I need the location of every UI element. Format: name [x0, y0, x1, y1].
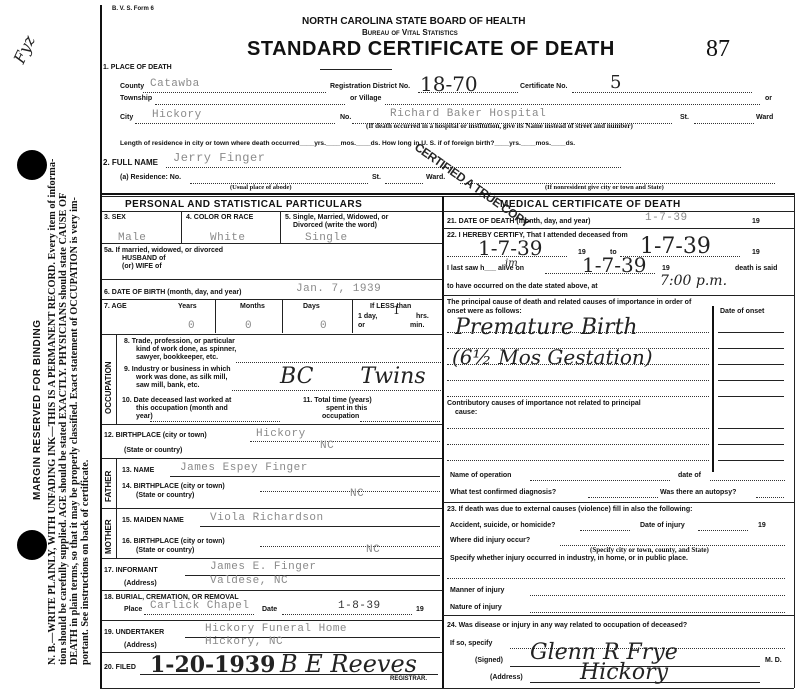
father-state-label: (State or country) [136, 492, 194, 499]
trade-label-3: sawyer, bookkeeper, etc. [136, 354, 218, 361]
burial-place-value: Carlick Chapel [150, 600, 249, 612]
district-value: 18-70 [420, 72, 478, 96]
rule [102, 620, 442, 621]
margin-initials: Fyz [10, 33, 39, 67]
injury-date-line [698, 530, 748, 531]
certified-stamp: CERTIFIED A TRUE COPY [412, 140, 532, 230]
burial-date-label: Date [262, 606, 277, 613]
onset-column-divider [712, 306, 714, 472]
certificate-line [572, 92, 752, 93]
hospital-value: Richard Baker Hospital [390, 108, 546, 120]
contributory-label-1: Contributory causes of importance not re… [447, 400, 641, 407]
injury-specify-line [447, 578, 785, 579]
manner-label: Manner of injury [450, 587, 504, 594]
rule [215, 299, 216, 333]
mother-state: NC [366, 544, 380, 556]
trade-label-1: 8. Trade, profession, or particular [124, 338, 235, 345]
birthplace-city: Hickory [256, 428, 306, 440]
onset-line-4 [718, 380, 784, 381]
contrib-line-1 [447, 428, 709, 429]
form-bottom-border [100, 688, 794, 689]
injury-where-label: Where did injury occur? [450, 537, 530, 544]
attended-to: 1-7-39 [640, 234, 711, 259]
onset-line-7 [718, 444, 784, 445]
race-label: 4. COLOR OR RACE [186, 214, 253, 221]
form-id: B. V. S. Form 6 [112, 6, 154, 12]
less-label: If LESS than [370, 303, 411, 310]
township-label: Township [120, 95, 152, 102]
margin-note-2: tion should be carefully supplied. AGE s… [58, 193, 69, 665]
totaltime-line [360, 421, 440, 422]
days-label: Days [303, 303, 320, 310]
residence-length-label: Length of residence in city or town wher… [120, 140, 575, 147]
occupation-side-label: OCCUPATION [104, 361, 113, 414]
burial-date-value: 1-8-39 [338, 600, 381, 612]
mother-side-label: MOTHER [104, 519, 113, 554]
test-label: What test confirmed diagnosis? [450, 489, 556, 496]
totaltime-label-3: occupation [322, 413, 359, 420]
or-label: or [765, 95, 772, 102]
county-label: County [120, 83, 144, 90]
dod-label: 21. DATE OF DEATH (month, day, and year) [447, 218, 591, 225]
form-right-border [794, 193, 795, 688]
informant-address-label: (Address) [124, 580, 157, 587]
abode-note: (Usual place of abode) [230, 184, 292, 191]
industry-label-2: work was done, as silk mill, [136, 374, 227, 381]
father-name-line [170, 476, 440, 477]
lastsaw-value: 1-7-39 [582, 253, 646, 277]
village-line [385, 104, 760, 105]
onset-line-2 [718, 348, 784, 349]
contributory-label-2: cause: [455, 409, 477, 416]
mother-state-label: (State or country) [136, 547, 194, 554]
undertaker-label: 19. UNDERTAKER [104, 629, 164, 636]
mother-name-value: Viola Richardson [210, 512, 324, 524]
marital-label-1: 5. Single, Married, Widowed, or [285, 214, 388, 221]
certificate-value: 5 [610, 72, 621, 93]
rule [443, 228, 794, 229]
cause-line-5 [447, 396, 709, 397]
rule [102, 424, 442, 425]
months-label: Months [240, 303, 265, 310]
totaltime-label-2: spent in this [326, 405, 367, 412]
rule [280, 211, 281, 243]
marital-label-2: Divorced (write the word) [293, 222, 377, 229]
test-line [588, 497, 658, 498]
onset-line-3 [718, 364, 784, 365]
occupational-label: 24. Was disease or injury in any way rel… [447, 622, 687, 629]
cause-line-3 [447, 364, 709, 365]
years-label: Years [178, 303, 197, 310]
rule [443, 211, 794, 212]
birthplace-line [250, 441, 440, 442]
contrib-line-2 [447, 444, 709, 445]
rule [443, 295, 794, 296]
full-name-value: Jerry Finger [173, 151, 265, 165]
dob-label: 6. DATE OF BIRTH (month, day, and year) [104, 289, 241, 296]
trade-label-2: kind of work done, as spinner, [136, 346, 236, 353]
autopsy-label: Was there an autopsy? [660, 489, 736, 496]
lastworked-label-2: this occupation (month and [136, 405, 228, 412]
full-name-label: 2. FULL NAME [103, 158, 158, 167]
binding-hole-bottom [17, 530, 47, 560]
date-onset-label: Date of onset [720, 308, 764, 315]
birthplace-label: 12. BIRTHPLACE (city or town) [104, 432, 207, 439]
rule [116, 458, 117, 508]
nature-label: Nature of injury [450, 604, 502, 611]
binding-hole-top [17, 150, 47, 180]
st-line [694, 123, 754, 124]
burial-place-line [144, 614, 254, 615]
residence-label: (a) Residence: No. [120, 174, 181, 181]
rule [102, 590, 442, 591]
months-value: 0 [245, 320, 252, 332]
father-name-label: 13. NAME [122, 467, 154, 474]
signed-label: (Signed) [475, 657, 503, 664]
agency-title: NORTH CAROLINA STATE BOARD OF HEALTH [302, 16, 526, 27]
lastworked-label-3: year) [136, 413, 153, 420]
section-divider-top [102, 193, 794, 195]
operation-date-label: date of [678, 472, 701, 479]
injury-year: 19 [758, 522, 766, 529]
industry-label-1: 9. Industry or business in which [124, 366, 231, 373]
years-value: 0 [188, 320, 195, 332]
contrib-line-3 [447, 460, 709, 461]
day-label: 1 day, [358, 313, 377, 320]
father-birthplace-label: 14. BIRTHPLACE (city or town) [122, 483, 225, 490]
certificate-label: Certificate No. [520, 83, 567, 90]
rule [181, 211, 182, 243]
undertaker-value: Hickory Funeral Home [205, 623, 347, 635]
nonresident-note: (If nonresident give city or town and St… [545, 184, 664, 191]
birthplace-state-label: (State or country) [124, 447, 182, 454]
attended-to-year: 19 [752, 249, 760, 256]
informant-label: 17. INFORMANT [104, 567, 158, 574]
lastworked-line [150, 421, 280, 422]
cause-line-4 [447, 380, 709, 381]
age-label: 7. AGE [104, 303, 127, 310]
margin-note-1: N. B.—WRITE PLAINLY, WITH UNFADING INK—T… [47, 159, 58, 665]
ward-label: Ward [756, 114, 773, 121]
ifso-label: If so, specify [450, 640, 492, 647]
burial-year-suffix: 19 [416, 606, 424, 613]
rule [102, 458, 442, 459]
dod-value: 1-7-39 [645, 212, 688, 224]
onset-line-1 [718, 332, 784, 333]
md-label: M. D. [765, 657, 782, 664]
onset-line-8 [718, 460, 784, 461]
totaltime-label-1: 11. Total time (years) [303, 397, 372, 404]
onset-line-6 [718, 428, 784, 429]
min-label: min. [410, 322, 424, 329]
filed-label: 20. FILED [104, 664, 136, 671]
accident-label: Accident, suicide, or homicide? [450, 522, 555, 529]
rule [102, 299, 442, 300]
margin-reserved-label: MARGIN RESERVED FOR BINDING [32, 319, 43, 500]
rule [102, 243, 442, 244]
dob-value: Jan. 7, 1939 [296, 283, 381, 295]
city-value: Hickory [152, 109, 202, 121]
cause-1: Premature Birth [455, 315, 638, 340]
village-label: or Village [350, 95, 381, 102]
spouse-label-1: 5a. If married, widowed, or divorced [104, 247, 223, 254]
county-line [143, 92, 326, 93]
or-min-label: or [358, 322, 365, 329]
hrs-label: hrs. [416, 313, 429, 320]
injury-where-note: (Specify city or town, county, and State… [590, 546, 709, 554]
rule [443, 502, 794, 503]
rule [102, 558, 442, 559]
industry-value: BC Twins [280, 364, 426, 389]
spouse-label-3: (or) WIFE of [122, 263, 162, 270]
cause-line-2 [447, 348, 709, 349]
cause-line-1 [447, 332, 709, 333]
accident-line [580, 530, 630, 531]
filed-line [140, 674, 438, 675]
nature-line [530, 612, 785, 613]
residence-ward-label: Ward. [426, 174, 445, 181]
registrar-label: REGISTRAR. [390, 676, 427, 682]
cause-label-2: onset were as follows: [447, 308, 522, 315]
rule [102, 508, 442, 509]
burial-date-line [282, 614, 412, 615]
rule [352, 299, 353, 333]
trade-line [236, 362, 441, 363]
lastsaw-pronoun: im [505, 258, 518, 269]
death-said-label: death is said [735, 265, 777, 272]
injury-specify-label: Specify whether injury occurred in indus… [450, 555, 688, 562]
manner-line [530, 595, 785, 596]
mother-birthplace-line [260, 546, 440, 547]
city-line [135, 123, 335, 124]
margin-note-4: portant. See instructions on back of cer… [80, 460, 91, 665]
rule [102, 334, 442, 335]
personal-section-title: PERSONAL AND STATISTICAL PARTICULARS [125, 199, 362, 210]
city-label: City [120, 114, 133, 121]
burial-place-label: Place [124, 606, 142, 613]
autopsy-line [756, 497, 784, 498]
county-value: Catawba [150, 78, 200, 90]
residence-st-label: St. [372, 174, 381, 181]
address-line [530, 682, 760, 683]
hospital-note: (If death occurred in a hospital or inst… [366, 122, 633, 130]
rule [282, 299, 283, 333]
days-value: 0 [320, 320, 327, 332]
residence-st-line [385, 183, 423, 184]
hrs-value: 1 [393, 304, 400, 317]
father-side-label: FATHER [104, 471, 113, 502]
time-value: 7:00 p.m. [660, 273, 727, 289]
mother-name-line [200, 526, 440, 527]
medical-section-title: MEDICAL CERTIFICATE OF DEATH [500, 199, 681, 210]
rule [102, 211, 442, 212]
birthplace-state: NC [320, 440, 334, 452]
no-label: No. [340, 114, 351, 121]
rule [102, 279, 442, 280]
spouse-label-2: HUSBAND of [122, 255, 166, 262]
full-name-line [166, 167, 621, 168]
cause-label-1: The principal cause of death and related… [447, 299, 691, 306]
sex-label: 3. SEX [104, 214, 126, 221]
bureau-title: Bureau of Vital Statistics [362, 28, 458, 37]
injury-date-label: Date of injury [640, 522, 685, 529]
undertaker-address-label: (Address) [124, 642, 157, 649]
dod-year: 19 [752, 218, 760, 225]
informant-address: Valdese, NC [210, 575, 288, 587]
external-label: 23. If death was due to external causes … [447, 506, 692, 513]
undertaker-address: Hickory, NC [205, 636, 283, 648]
father-name-value: James Espey Finger [180, 462, 308, 474]
operation-line [530, 480, 670, 481]
rule [443, 615, 794, 616]
st-label: St. [680, 114, 689, 121]
page-number: 87 [706, 36, 730, 63]
rule [116, 508, 117, 558]
father-state: NC [350, 488, 364, 500]
operation-date-line [710, 480, 785, 481]
mother-name-label: 15. MAIDEN NAME [122, 517, 184, 524]
industry-line [232, 390, 441, 391]
place-of-death-label: 1. PLACE OF DEATH [103, 64, 172, 71]
occurred-label: to have occurred on the date stated abov… [447, 283, 598, 290]
onset-line-5 [718, 396, 784, 397]
informant-value: James E. Finger [210, 561, 317, 573]
rule [116, 334, 117, 424]
mother-birthplace-label: 16. BIRTHPLACE (city or town) [122, 538, 225, 545]
industry-label-3: saw mill, bank, etc. [136, 382, 199, 389]
margin-note-3: DEATH in plain terms, so that it may be … [69, 197, 80, 665]
attended-from: 1-7-39 [478, 236, 542, 260]
physician-address-label: (Address) [490, 674, 523, 681]
title-rule [320, 69, 392, 70]
section-divider-top-2 [102, 196, 794, 197]
operation-label: Name of operation [450, 472, 511, 479]
lastsaw-year: 19 [662, 265, 670, 272]
district-label: Registration District No. [330, 83, 410, 90]
form-left-border [100, 5, 102, 689]
township-line [155, 104, 345, 105]
certificate-title: STANDARD CERTIFICATE OF DEATH [247, 38, 615, 61]
lastworked-label-1: 10. Date deceased last worked at [122, 397, 231, 404]
